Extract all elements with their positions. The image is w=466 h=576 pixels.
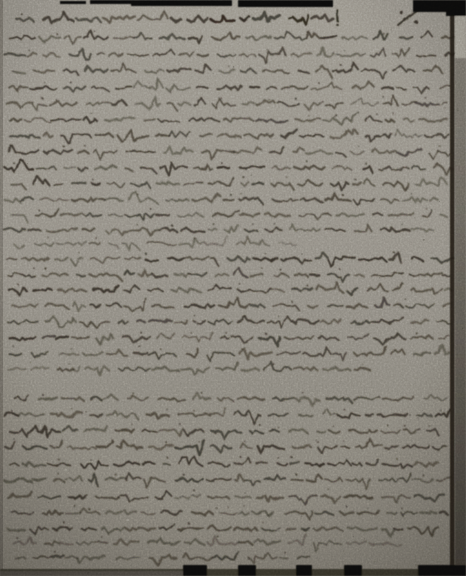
manuscript-photo-svg xyxy=(0,0,466,576)
manuscript-page-photo xyxy=(0,0,466,576)
photo-grain-overlay xyxy=(0,0,466,576)
